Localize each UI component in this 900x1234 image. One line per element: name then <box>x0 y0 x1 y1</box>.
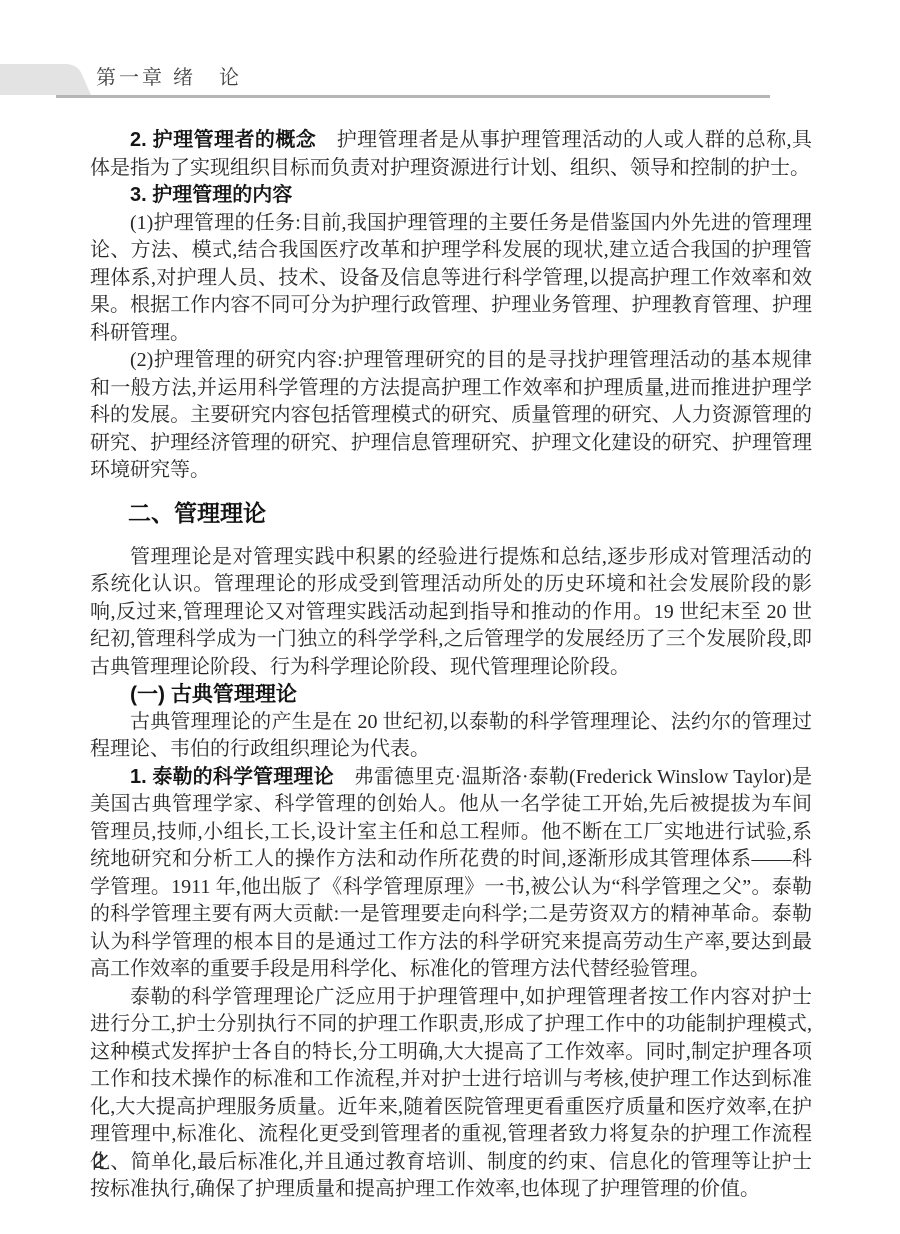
paragraph-task: (1)护理管理的任务:目前,我国护理管理的主要任务是借鉴国内外先进的管理理论、方… <box>90 210 812 348</box>
paragraph-text: 古典管理理论的产生是在 20 世纪初,以泰勒的科学管理理论、法约尔的管理过程理论… <box>90 711 812 761</box>
subsection-heading: (一) 古典管理理论 <box>90 681 812 709</box>
paragraph-content-heading: 3. 护理管理的内容 <box>90 182 812 210</box>
paragraph-text: (1)护理管理的任务:目前,我国护理管理的主要任务是借鉴国内外先进的管理理论、方… <box>90 212 812 344</box>
book-page: 第一章 绪 论 2. 护理管理者的概念 护理管理者是从事护理管理活动的人或人群的… <box>0 0 900 1234</box>
paragraph-research: (2)护理管理的研究内容:护理管理研究的目的是寻找护理管理活动的基本规律和一般方… <box>90 347 812 485</box>
paragraph-theory-intro: 管理理论是对管理实践中积累的经验进行提炼和总结,逐步形成对管理活动的系统化认识。… <box>90 544 812 682</box>
paragraph-taylor-nursing: 泰勒的科学管理理论广泛应用于护理管理中,如护理管理者按工作内容对护士进行分工,护… <box>90 984 812 1204</box>
term-label-taylor: 1. 泰勒的科学管理理论 <box>130 766 334 788</box>
page-content: 2. 护理管理者的概念 护理管理者是从事护理管理活动的人或人群的总称,具体是指为… <box>90 127 812 1204</box>
paragraph-text: 管理理论是对管理实践中积累的经验进行提炼和总结,逐步形成对管理活动的系统化认识。… <box>90 546 812 678</box>
term-label-manager-concept: 2. 护理管理者的概念 <box>130 129 316 151</box>
paragraph-classical-intro: 古典管理理论的产生是在 20 世纪初,以泰勒的科学管理理论、法约尔的管理过程理论… <box>90 709 812 764</box>
paragraph-text: 泰勒的科学管理理论广泛应用于护理管理中,如护理管理者按工作内容对护士进行分工,护… <box>90 986 812 1201</box>
chapter-title: 第一章 绪 论 <box>96 65 242 91</box>
paragraph-text: (2)护理管理的研究内容:护理管理研究的目的是寻找护理管理活动的基本规律和一般方… <box>90 349 812 481</box>
paragraph-manager-concept: 2. 护理管理者的概念 护理管理者是从事护理管理活动的人或人群的总称,具体是指为… <box>90 127 812 182</box>
paragraph-text: 弗雷德里克·温斯洛·泰勒(Frederick Winslow Taylor)是美… <box>90 766 812 981</box>
chapter-tab <box>0 64 96 95</box>
page-number: 2 <box>93 1150 105 1174</box>
term-label-content: 3. 护理管理的内容 <box>130 184 292 206</box>
paragraph-taylor: 1. 泰勒的科学管理理论 弗雷德里克·温斯洛·泰勒(Frederick Wins… <box>90 764 812 984</box>
header-rule <box>56 95 770 98</box>
section-heading: 二、管理理论 <box>90 498 812 528</box>
